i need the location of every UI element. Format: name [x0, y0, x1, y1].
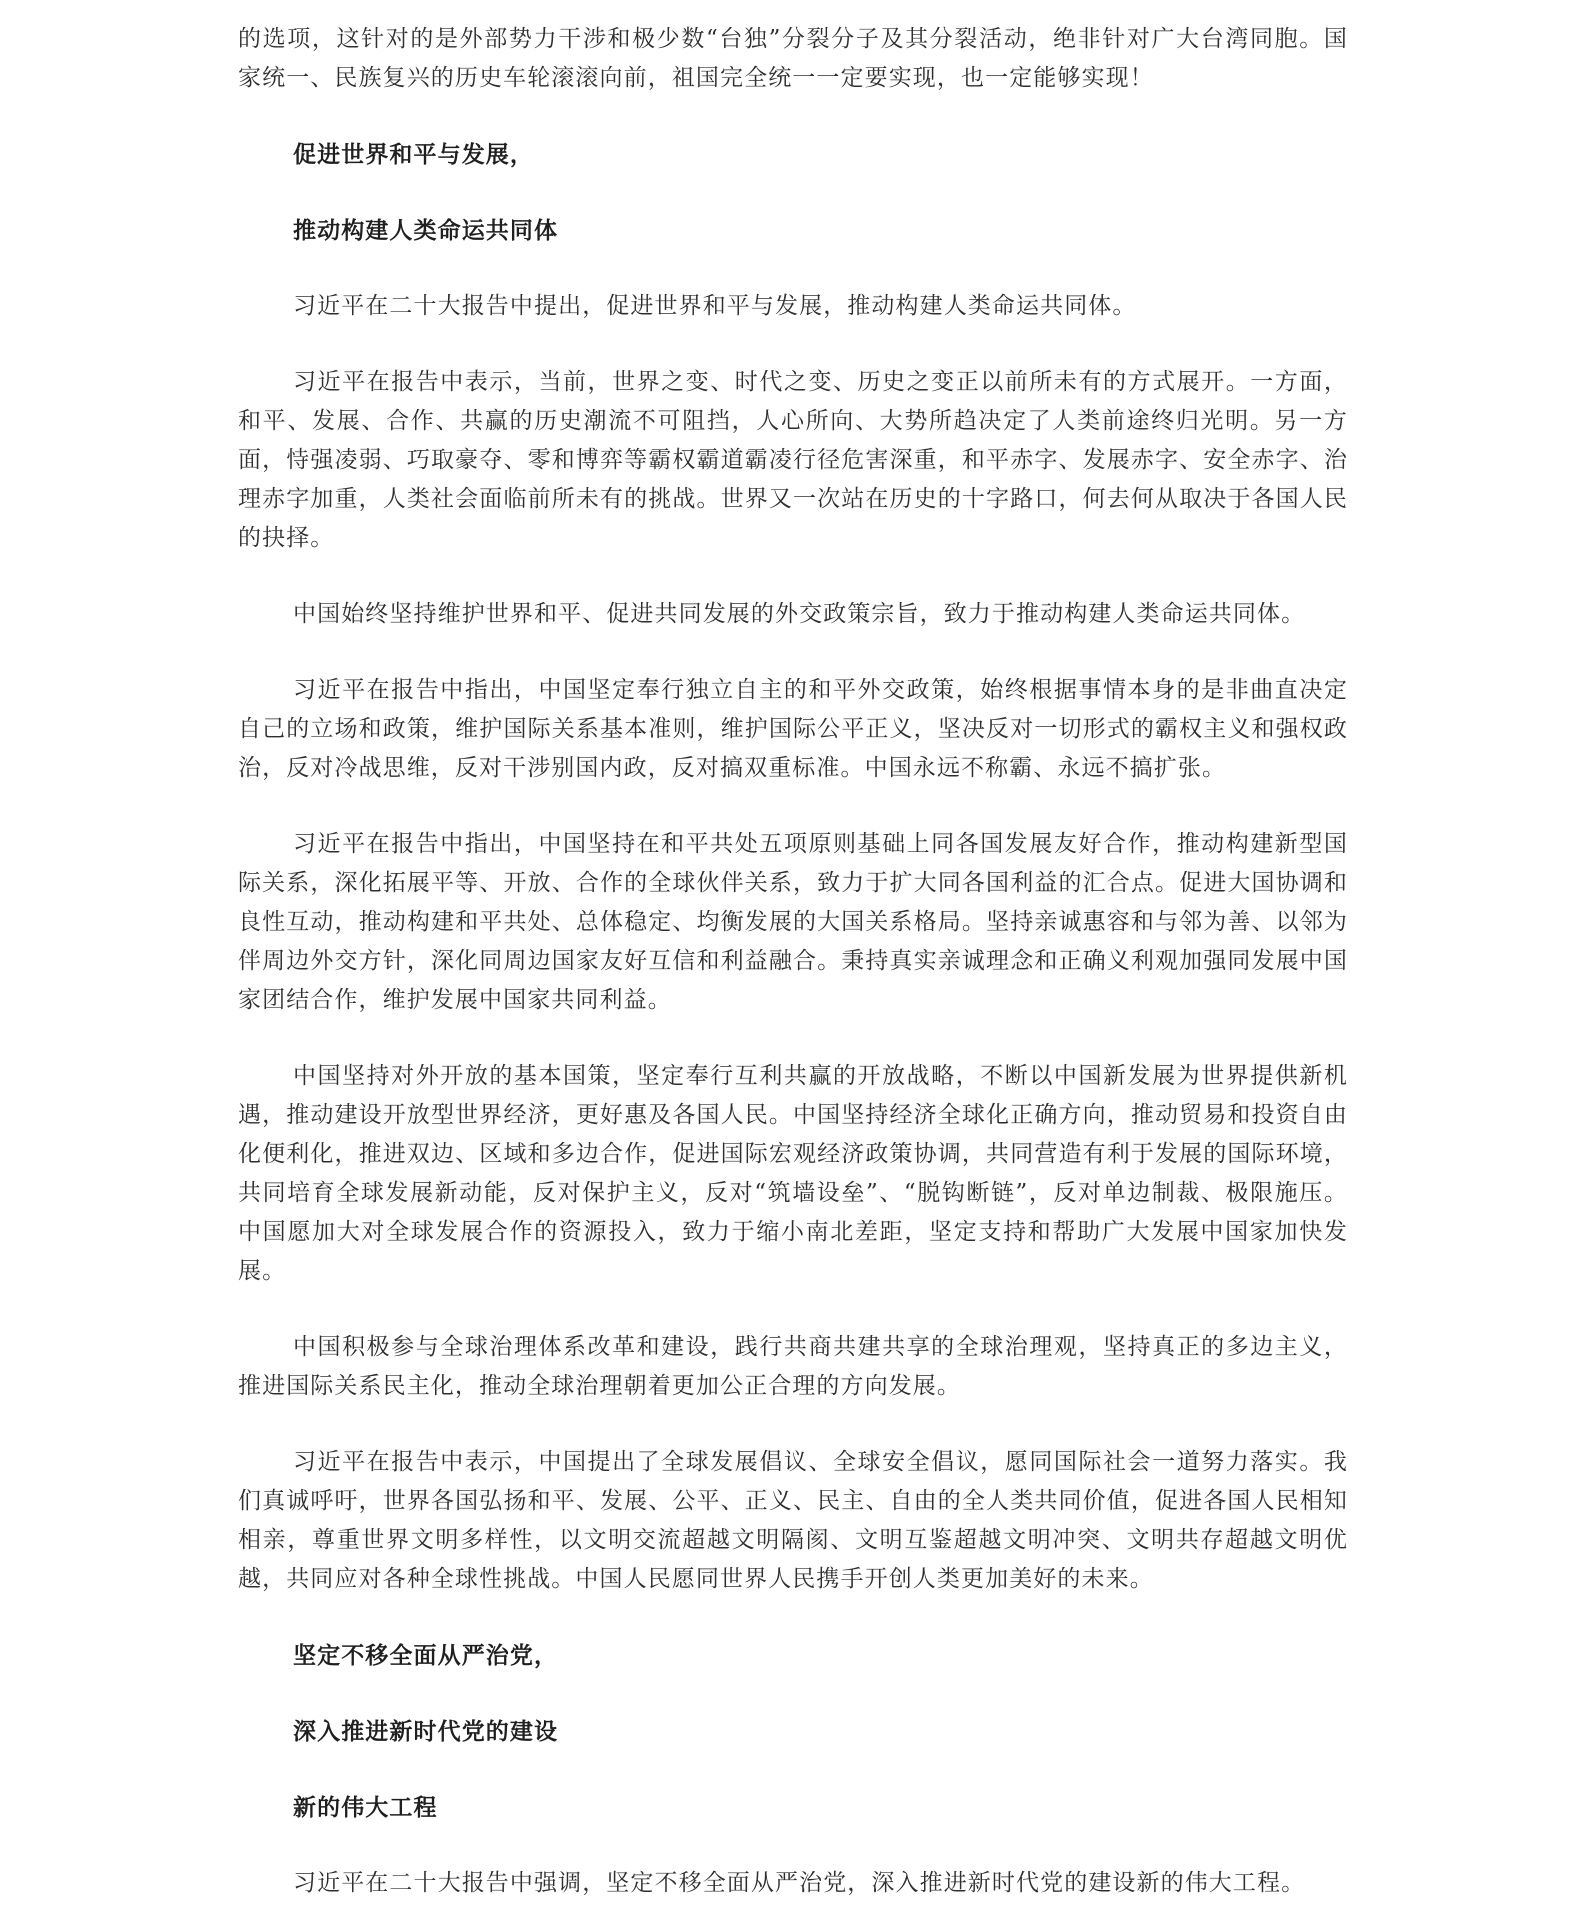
body-paragraph: 习近平在报告中指出，中国坚持在和平共处五项原则基础上同各国发展友好合作，推动构建… [238, 825, 1348, 1020]
section-heading: 新的伟大工程 [238, 1788, 1348, 1827]
section-heading: 促进世界和平与发展， [238, 135, 1348, 174]
body-paragraph: 中国积极参与全球治理体系改革和建设，践行共商共建共享的全球治理观，坚持真正的多边… [238, 1328, 1348, 1406]
section-heading: 推动构建人类命运共同体 [238, 211, 1348, 250]
body-paragraph: 的选项，这针对的是外部势力干涉和极少数“台独”分裂分子及其分裂活动，绝非针对广大… [238, 20, 1348, 98]
document-page: 的选项，这针对的是外部势力干涉和极少数“台独”分裂分子及其分裂活动，绝非针对广大… [238, 20, 1348, 1903]
section-heading: 坚定不移全面从严治党， [238, 1636, 1348, 1675]
body-paragraph: 习近平在二十大报告中强调，坚定不移全面从严治党，深入推进新时代党的建设新的伟大工… [238, 1864, 1348, 1903]
body-paragraph: 习近平在报告中表示，当前，世界之变、时代之变、历史之变正以前所未有的方式展开。一… [238, 363, 1348, 558]
body-paragraph: 中国始终坚持维护世界和平、促进共同发展的外交政策宗旨，致力于推动构建人类命运共同… [238, 595, 1348, 634]
body-paragraph: 习近平在二十大报告中提出，促进世界和平与发展，推动构建人类命运共同体。 [238, 287, 1348, 326]
body-paragraph: 习近平在报告中表示，中国提出了全球发展倡议、全球安全倡议，愿同国际社会一道努力落… [238, 1443, 1348, 1599]
body-paragraph: 习近平在报告中指出，中国坚定奉行独立自主的和平外交政策，始终根据事情本身的是非曲… [238, 671, 1348, 788]
body-paragraph: 中国坚持对外开放的基本国策，坚定奉行互利共赢的开放战略，不断以中国新发展为世界提… [238, 1057, 1348, 1291]
section-heading: 深入推进新时代党的建设 [238, 1712, 1348, 1751]
